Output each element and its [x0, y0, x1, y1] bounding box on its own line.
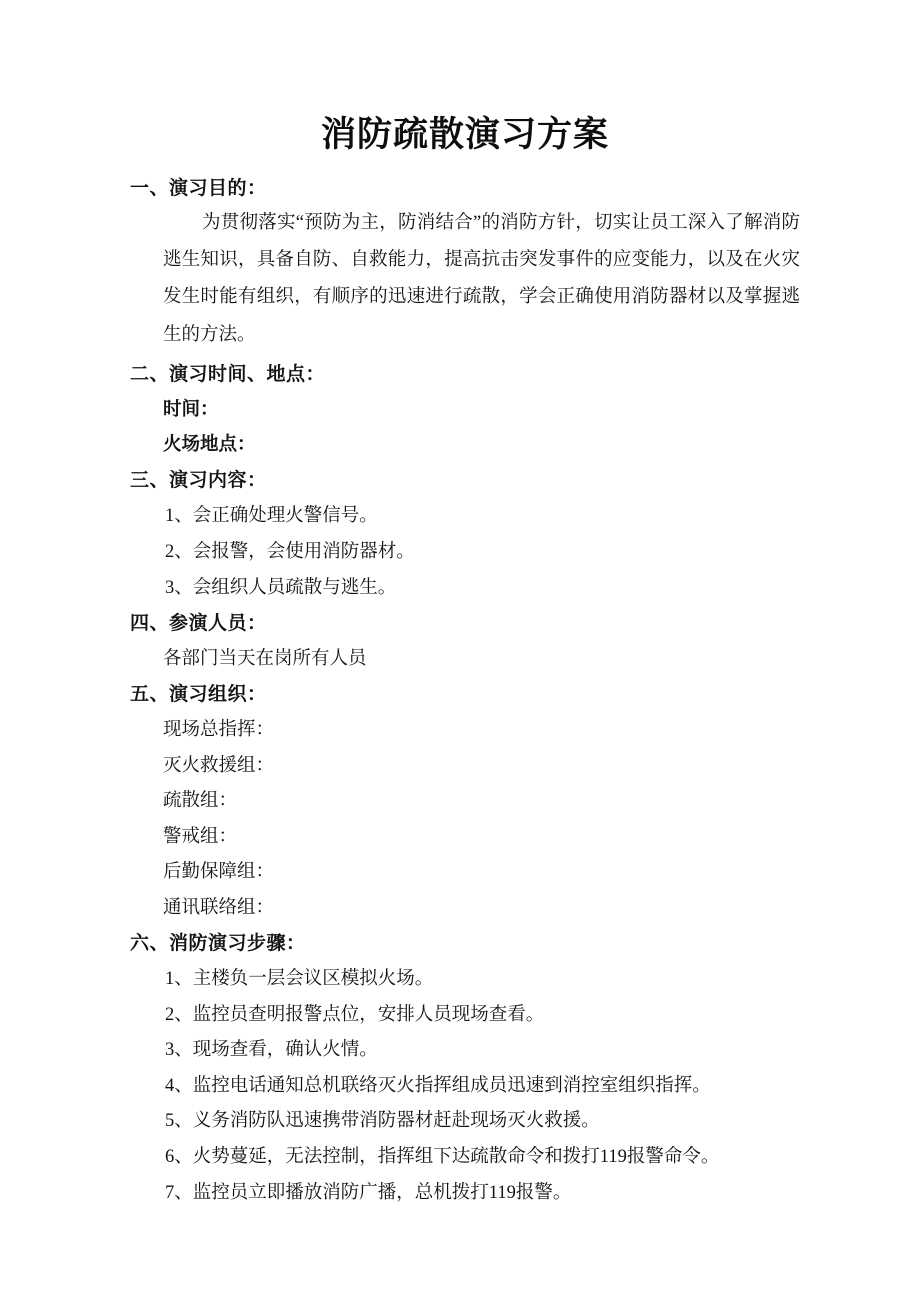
section-heading-participants: 四、参演人员：	[130, 603, 800, 639]
step-item: 2、监控员查明报警点位，安排人员现场查看。	[165, 995, 800, 1031]
section-heading-time-location: 二、演习时间、地点：	[130, 354, 800, 390]
section-heading-purpose: 一、演习目的：	[130, 169, 800, 205]
time-label: 时间：	[163, 390, 800, 426]
org-role-label: 通讯联络组：	[163, 888, 800, 924]
org-role-label: 疏散组：	[163, 781, 800, 817]
org-role-label: 后勤保障组：	[163, 853, 800, 889]
content-item: 3、会组织人员疏散与逃生。	[165, 568, 800, 604]
step-item: 6、火势蔓延，无法控制，指挥组下达疏散命令和拨打119报警命令。	[165, 1137, 800, 1173]
purpose-paragraph: 为贯彻落实“预防为主，防消结合”的消防方针，切实让员工深入了解消防逃生知识，具备…	[163, 205, 800, 355]
document-page: 消防疏散演习方案 一、演习目的： 为贯彻落实“预防为主，防消结合”的消防方针，切…	[0, 0, 920, 1301]
org-role-label: 现场总指挥：	[163, 710, 800, 746]
org-role-label: 灭火救援组：	[163, 746, 800, 782]
step-item: 5、义务消防队迅速携带消防器材赶赴现场灭火救援。	[165, 1102, 800, 1138]
org-role-label: 警戒组：	[163, 817, 800, 853]
content-item: 1、会正确处理火警信号。	[165, 497, 800, 533]
document-title: 消防疏散演习方案	[130, 112, 800, 158]
step-item: 4、监控电话通知总机联络灭火指挥组成员迅速到消控室组织指挥。	[165, 1066, 800, 1102]
step-item: 3、现场查看，确认火情。	[165, 1031, 800, 1067]
fire-location-label: 火场地点：	[163, 425, 800, 461]
section-heading-content: 三、演习内容：	[130, 461, 800, 497]
section-heading-steps: 六、消防演习步骤：	[130, 924, 800, 960]
content-item: 2、会报警，会使用消防器材。	[165, 532, 800, 568]
step-item: 1、主楼负一层会议区模拟火场。	[165, 959, 800, 995]
section-heading-organization: 五、演习组织：	[130, 675, 800, 711]
participants-text: 各部门当天在岗所有人员	[163, 639, 800, 675]
step-item: 7、监控员立即播放消防广播，总机拨打119报警。	[165, 1173, 800, 1209]
